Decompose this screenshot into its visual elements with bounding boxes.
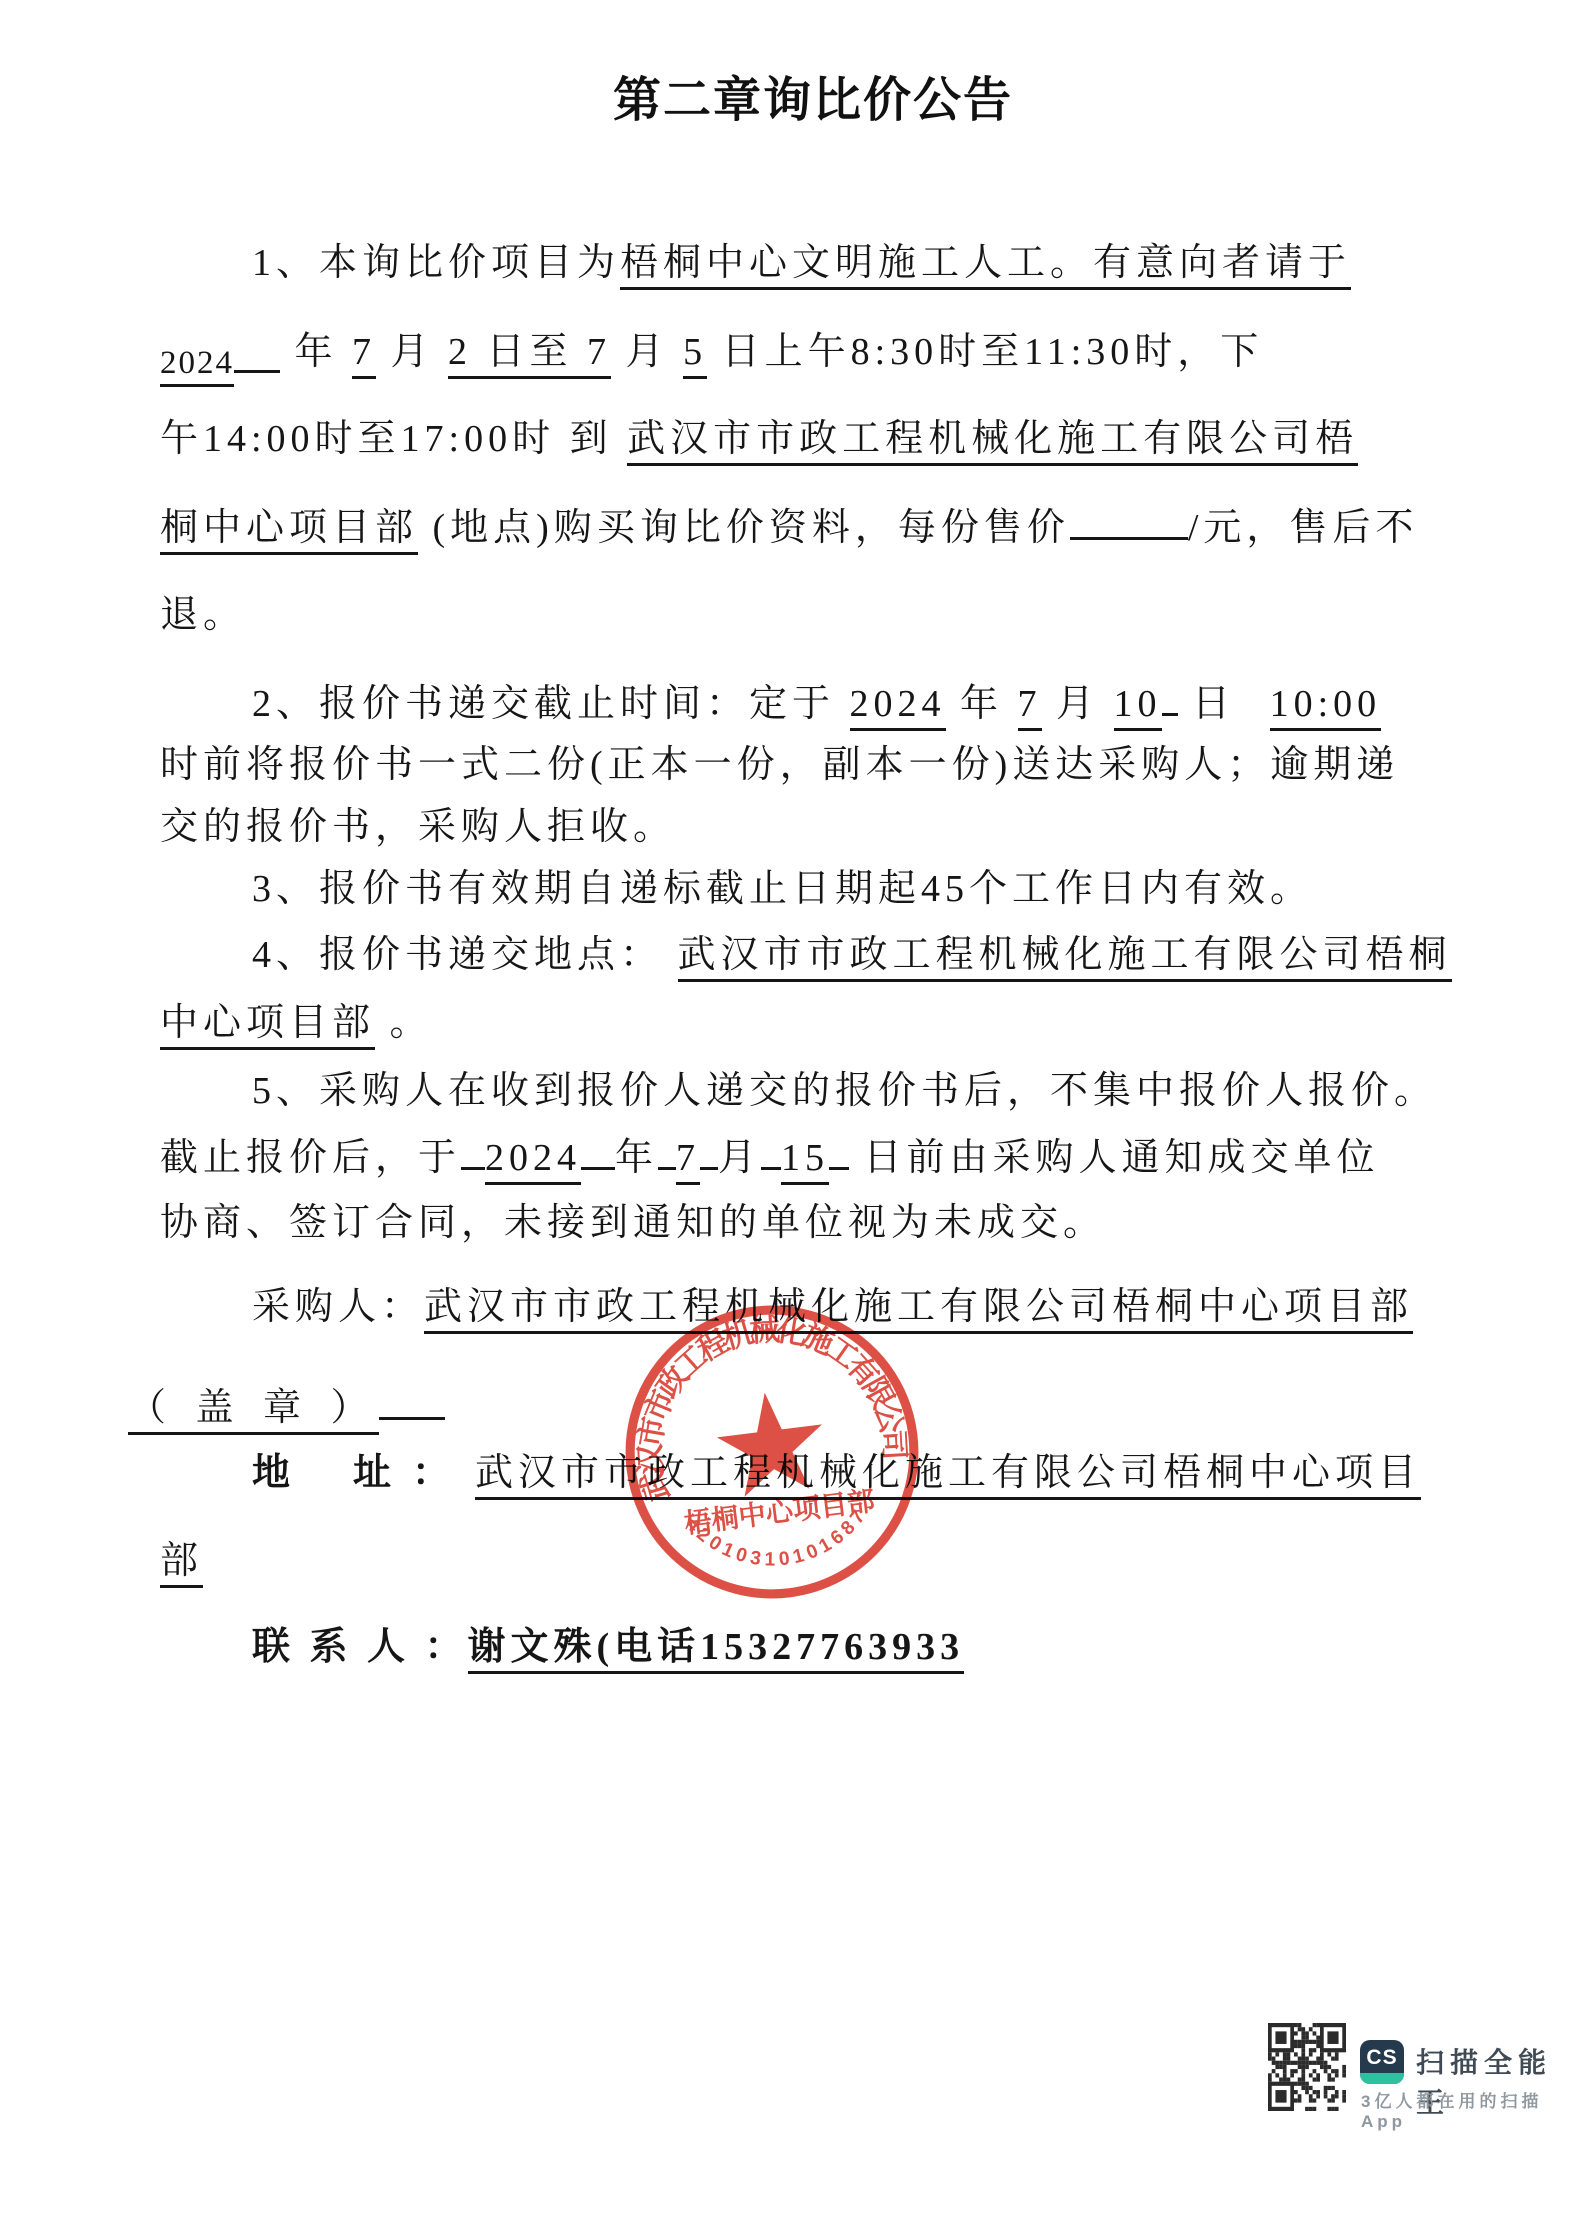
app-tagline: 3亿人都在用的扫描App [1361, 2087, 1568, 2132]
text-segment: 地 [252, 1452, 295, 1494]
text-segment: /元，售后不 [1188, 507, 1419, 549]
underlined-text: 2024 [160, 345, 234, 387]
text-segment: 协商、签订合同，未接到通知的单位视为未成交。 [160, 1202, 1106, 1244]
document-line: 采购人：武汉市市政工程机械化施工有限公司梧桐中心项目部 [160, 1282, 1466, 1382]
text-segment: 采购人： [252, 1286, 424, 1328]
underlined-text: 7 [676, 1137, 700, 1185]
document-line: （ 盖 章 ） [128, 1382, 1466, 1448]
text-segment: 时前将报价书一式二份(正本一份，副本一份)送达采购人；逾期递 [160, 744, 1399, 786]
underlined-text: 7 [1018, 683, 1042, 731]
document-line: 地址：武汉市市政工程机械化施工有限公司梧桐中心项目 [160, 1448, 1466, 1536]
document-line: 截止报价后，于2024年7月15 日前由采购人通知成交单位 [160, 1132, 1466, 1198]
page-title: 第二章询比价公告 [160, 72, 1466, 130]
blank-underline [1162, 678, 1178, 716]
document-line: 2、报价书递交截止时间：定于 2024 年 7 月 10 日 10:00 [160, 678, 1466, 740]
logo-accent-bar [1360, 2073, 1404, 2084]
scanner-watermark: CS 扫描全能王 3亿人都在用的扫描App [1268, 2023, 1568, 2123]
blank-underline [1070, 502, 1188, 540]
document-line: 桐中心项目部 (地点)购买询比价资料，每份售价/元，售后不 [160, 502, 1466, 590]
paragraph: 2、报价书递交截止时间：定于 2024 年 7 月 10 日 10:00时前将报… [160, 678, 1466, 864]
document-line: 午14:00时至17:00时 到 武汉市市政工程机械化施工有限公司梧 [160, 414, 1466, 502]
text-segment: 月 [1042, 683, 1114, 725]
underlined-text: 梧桐中心文明施工人工。有意向者请于 [620, 242, 1351, 290]
underlined-text: 武汉市市政工程机械化施工有限公司梧桐中心项目部 [424, 1286, 1413, 1334]
document-line: 中心项目部 。 [160, 998, 1466, 1066]
text-segment: 日前由采购人通知成交单位 [849, 1137, 1380, 1179]
underlined-text: 部 [160, 1540, 203, 1588]
paragraph: 1、本询比价项目为梧桐中心文明施工人工。有意向者请于2024 年 7 月 2 日… [160, 238, 1466, 678]
camscanner-logo: CS [1360, 2040, 1404, 2084]
underlined-text: 2 日至 7 [448, 331, 611, 379]
text-segment: 年 [615, 1137, 658, 1179]
underlined-text: 10 [1114, 683, 1162, 731]
text-segment: 退。 [160, 594, 246, 636]
document-content: 第二章询比价公告 1、本询比价项目为梧桐中心文明施工人工。有意向者请于2024 … [160, 72, 1466, 1688]
blank-underline [658, 1132, 676, 1170]
document-line: 时前将报价书一式二份(正本一份，副本一份)送达采购人；逾期递 [160, 740, 1466, 802]
text-segment: 址 [353, 1452, 396, 1494]
text-segment: 月 [376, 331, 448, 373]
text-segment: 交的报价书，采购人拒收。 [160, 806, 676, 848]
paragraph: （ 盖 章 ） [160, 1382, 1466, 1448]
document-line: 3、报价书有效期自递标截止日期起45个工作日内有效。 [160, 864, 1466, 930]
paragraph: 4、报价书递交地点： 武汉市市政工程机械化施工有限公司梧桐中心项目部 。 [160, 930, 1466, 1066]
spacer [1250, 684, 1270, 716]
text-segment: 2、报价书递交截止时间：定于 [252, 683, 850, 725]
underlined-text: 15 [781, 1137, 829, 1185]
paragraph: 地址：武汉市市政工程机械化施工有限公司梧桐中心项目 [160, 1448, 1466, 1536]
underlined-text: 7 [352, 331, 376, 379]
paragraph: 采购人：武汉市市政工程机械化施工有限公司梧桐中心项目部 [160, 1282, 1466, 1382]
scanned-document-page: { "page": { "background": "#ffffff" }, "… [0, 0, 1586, 2224]
underlined-text: 武汉市市政工程机械化施工有限公司梧桐 [678, 934, 1452, 982]
underlined-text: 桐中心项目部 [160, 507, 418, 555]
text-segment: 月 [611, 331, 683, 373]
text-segment: (地点)购买询比价资料，每份售价 [418, 507, 1070, 549]
document-line: 协商、签订合同，未接到通知的单位视为未成交。 [160, 1198, 1466, 1264]
blank-underline [829, 1132, 849, 1170]
underlined-text: 谢文殊(电话15327763933 [468, 1626, 965, 1674]
text-segment: 午14:00时至17:00时 到 [160, 418, 627, 460]
text-segment: 日上午8:30时至11:30时，下 [707, 331, 1263, 373]
text-segment: 4、报价书递交地点： [252, 934, 678, 976]
document-line: 交的报价书，采购人拒收。 [160, 802, 1466, 864]
spacer [455, 1453, 475, 1485]
underlined-text: 2024 [485, 1137, 581, 1185]
blank-underline [461, 1132, 485, 1170]
document-line: 2024 年 7 月 2 日至 7 月 5 日上午8:30时至11:30时，下 [160, 326, 1466, 414]
text-segment: 年 [280, 331, 352, 373]
blank-underline [581, 1132, 615, 1170]
paragraph: 联 系 人 ：谢文殊(电话15327763933 [160, 1622, 1466, 1688]
blank-underline [379, 1382, 445, 1420]
paragraph: 3、报价书有效期自递标截止日期起45个工作日内有效。 [160, 864, 1466, 930]
document-line: 退。 [160, 590, 1466, 678]
blank-underline [700, 1132, 718, 1170]
underlined-text: 10:00 [1270, 683, 1382, 731]
underlined-text: （ 盖 章 ） [128, 1387, 379, 1435]
text-segment: ： [412, 1452, 455, 1494]
document-line: 4、报价书递交地点： 武汉市市政工程机械化施工有限公司梧桐 [160, 930, 1466, 998]
document-line: 1、本询比价项目为梧桐中心文明施工人工。有意向者请于 [160, 238, 1466, 326]
document-line: 联 系 人 ：谢文殊(电话15327763933 [160, 1622, 1466, 1688]
blank-underline [234, 335, 280, 373]
spacer [295, 1453, 353, 1485]
text-segment: 联 系 人 ： [252, 1626, 468, 1668]
blank-underline [761, 1132, 781, 1170]
text-segment: 截止报价后，于 [160, 1137, 461, 1179]
spacer [396, 1453, 412, 1485]
underlined-text: 5 [683, 331, 707, 379]
document-body: 1、本询比价项目为梧桐中心文明施工人工。有意向者请于2024 年 7 月 2 日… [160, 238, 1466, 1688]
text-segment: 年 [946, 683, 1018, 725]
text-segment: 。 [375, 1002, 433, 1044]
text-segment: 月 [718, 1137, 761, 1179]
text-segment: 日 [1178, 683, 1250, 725]
text-segment: 1、本询比价项目为 [252, 242, 620, 284]
qr-code [1268, 2023, 1346, 2111]
paragraph: 部 [160, 1536, 1466, 1622]
text-segment: 3、报价书有效期自递标截止日期起45个工作日内有效。 [252, 868, 1313, 910]
underlined-text: 武汉市市政工程机械化施工有限公司梧 [627, 418, 1358, 466]
underlined-text: 武汉市市政工程机械化施工有限公司梧桐中心项目 [475, 1452, 1421, 1500]
document-line: 部 [160, 1536, 1466, 1622]
underlined-text: 中心项目部 [160, 1002, 375, 1050]
cs-logo-text: CS [1360, 2043, 1404, 2073]
underlined-text: 2024 [850, 683, 946, 731]
paragraph: 5、采购人在收到报价人递交的报价书后，不集中报价人报价。截止报价后，于2024年… [160, 1066, 1466, 1264]
document-line: 5、采购人在收到报价人递交的报价书后，不集中报价人报价。 [160, 1066, 1466, 1132]
text-segment: 5、采购人在收到报价人递交的报价书后，不集中报价人报价。 [252, 1070, 1437, 1112]
